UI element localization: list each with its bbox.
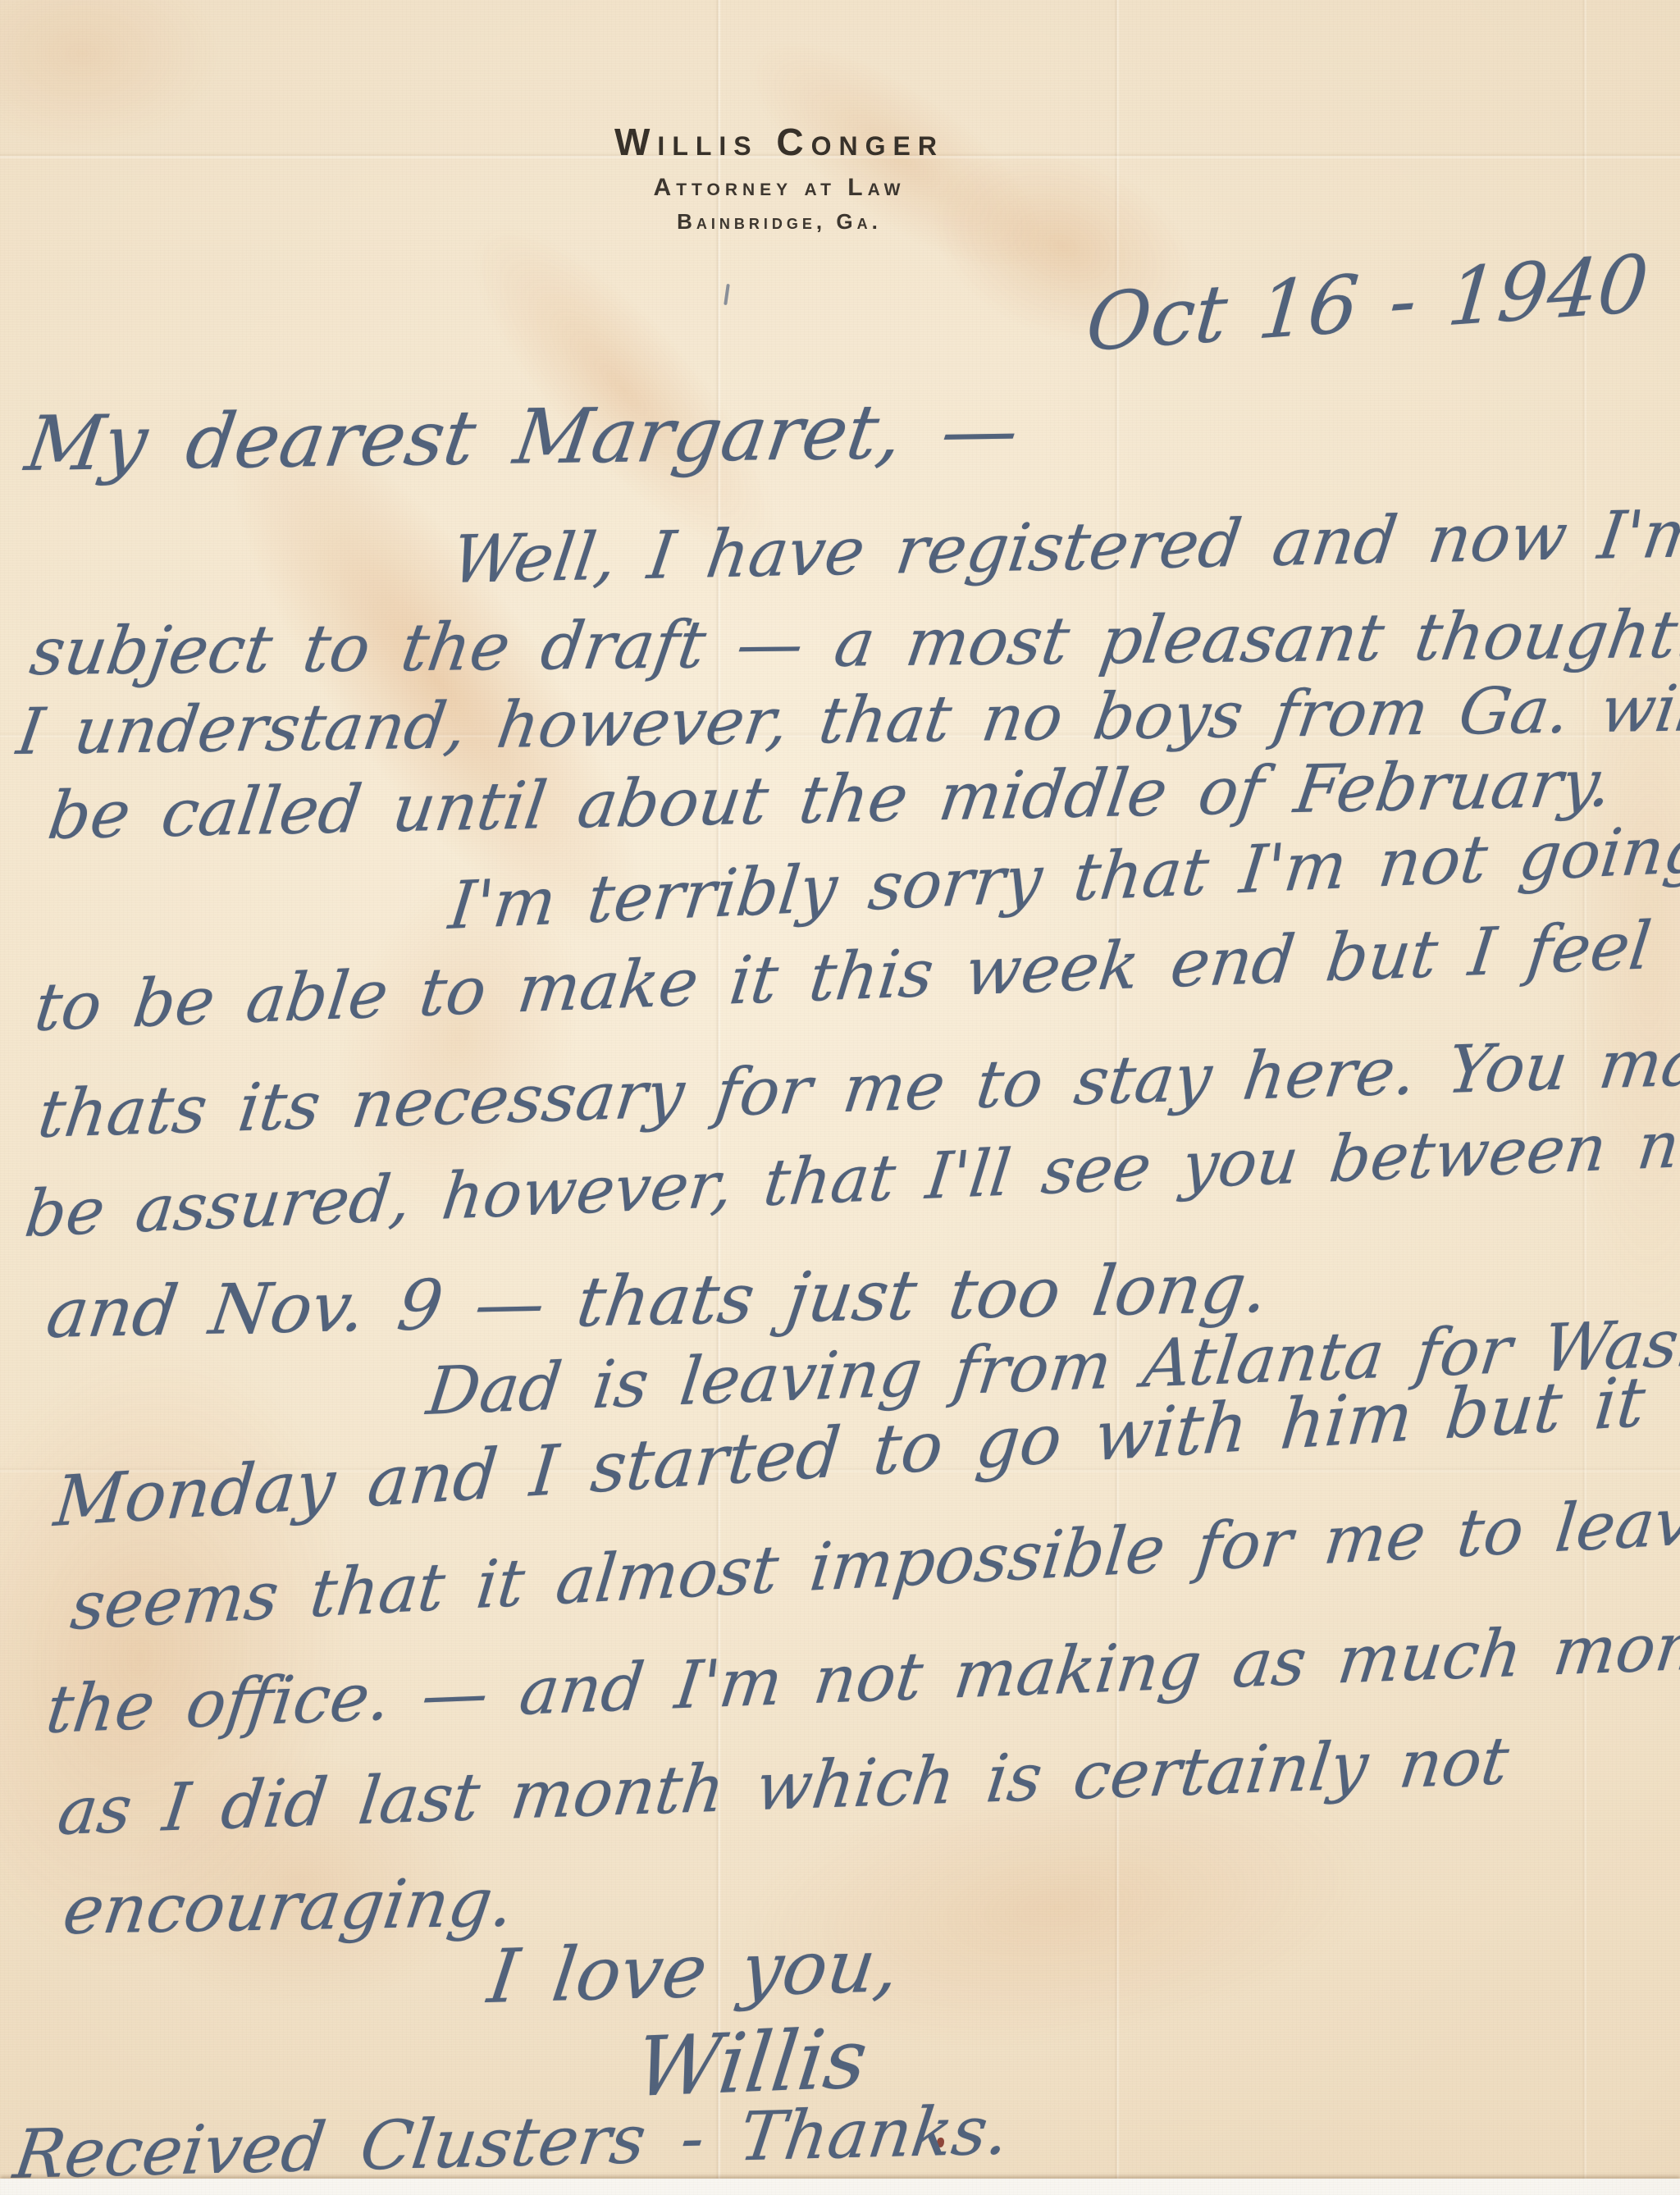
handwritten-line: Well, I have registered and now I'm [447, 495, 1680, 598]
stray-ink-mark [724, 284, 730, 305]
letterhead-location: Bainbridge, Ga. [614, 209, 944, 235]
scan-edge [0, 2179, 1680, 2195]
handwritten-line: to be able to make it this week end but … [31, 907, 1655, 1046]
letterhead-name: Willis Conger [614, 120, 944, 164]
letterhead: Willis Conger Attorney at Law Bainbridge… [614, 120, 944, 235]
handwritten-line: as I did last month which is certainly n… [54, 1723, 1513, 1850]
valediction: I love you, [483, 1923, 904, 2020]
salutation: My dearest Margaret, — [21, 386, 1024, 488]
letter-scan: Willis Conger Attorney at Law Bainbridge… [0, 0, 1680, 2195]
letter-date: Oct 16 - 1940 [1083, 237, 1652, 369]
handwritten-line: encouraging. [58, 1864, 518, 1950]
paper-stain [0, 0, 221, 148]
letterhead-title: Attorney at Law [614, 174, 944, 202]
